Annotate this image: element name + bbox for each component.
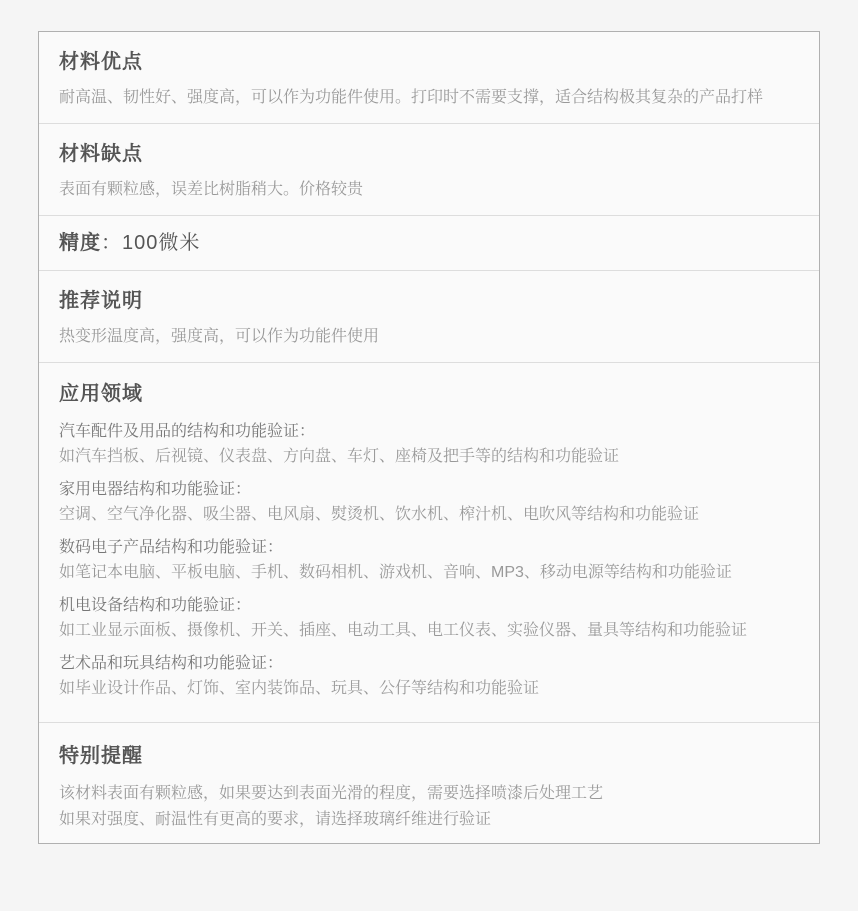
- application-desc: 如汽车挡板、后视镜、仪表盘、方向盘、车灯、座椅及把手等的结构和功能验证: [59, 444, 799, 469]
- application-item-automotive: 汽车配件及用品的结构和功能验证： 如汽车挡板、后视镜、仪表盘、方向盘、车灯、座椅…: [59, 419, 799, 469]
- material-disadvantages-body: 表面有颗粒感，误差比树脂稍大。价格较贵: [59, 178, 799, 202]
- recommendation-heading: 推荐说明: [59, 288, 799, 314]
- application-item-art-toys: 艺术品和玩具结构和功能验证： 如毕业设计作品、灯饰、室内装饰品、玩具、公仔等结构…: [59, 651, 799, 701]
- application-item-home-appliance: 家用电器结构和功能验证： 空调、空气净化器、吸尘器、电风扇、熨烫机、饮水机、榨汁…: [59, 477, 799, 527]
- application-title: 汽车配件及用品的结构和功能验证：: [59, 419, 799, 444]
- application-desc: 空调、空气净化器、吸尘器、电风扇、熨烫机、饮水机、榨汁机、电吹风等结构和功能验证: [59, 502, 799, 527]
- precision-label: 精度: [59, 232, 101, 254]
- special-reminder-heading: 特别提醒: [59, 743, 799, 769]
- special-reminder-line: 该材料表面有颗粒感，如果要达到表面光滑的程度，需要选择喷漆后处理工艺: [59, 781, 799, 807]
- section-precision: 精度：100微米: [39, 216, 819, 271]
- application-desc: 如笔记本电脑、平板电脑、手机、数码相机、游戏机、音响、MP3、移动电源等结构和功…: [59, 560, 799, 585]
- precision-row: 精度：100微米: [59, 230, 799, 256]
- recommendation-body: 热变形温度高，强度高，可以作为功能件使用: [59, 325, 799, 349]
- application-title: 艺术品和玩具结构和功能验证：: [59, 651, 799, 676]
- material-disadvantages-heading: 材料缺点: [59, 141, 799, 167]
- application-desc: 如工业显示面板、摄像机、开关、插座、电动工具、电工仪表、实验仪器、量具等结构和功…: [59, 618, 799, 643]
- applications-heading: 应用领域: [59, 381, 799, 407]
- application-title: 机电设备结构和功能验证：: [59, 593, 799, 618]
- section-material-disadvantages: 材料缺点 表面有颗粒感，误差比树脂稍大。价格较贵: [39, 124, 819, 216]
- section-applications: 应用领域 汽车配件及用品的结构和功能验证： 如汽车挡板、后视镜、仪表盘、方向盘、…: [39, 363, 819, 723]
- material-info-card: 材料优点 耐高温、韧性好、强度高，可以作为功能件使用。打印时不需要支撑，适合结构…: [38, 31, 820, 844]
- section-special-reminder: 特别提醒 该材料表面有颗粒感，如果要达到表面光滑的程度，需要选择喷漆后处理工艺 …: [39, 723, 819, 843]
- application-title: 数码电子产品结构和功能验证：: [59, 535, 799, 560]
- application-item-digital-electronics: 数码电子产品结构和功能验证： 如笔记本电脑、平板电脑、手机、数码相机、游戏机、音…: [59, 535, 799, 585]
- application-title: 家用电器结构和功能验证：: [59, 477, 799, 502]
- material-advantages-body: 耐高温、韧性好、强度高，可以作为功能件使用。打印时不需要支撑，适合结构极其复杂的…: [59, 86, 799, 110]
- special-reminder-line: 如果对强度、耐温性有更高的要求，请选择玻璃纤维进行验证: [59, 807, 799, 833]
- application-item-electromechanical: 机电设备结构和功能验证： 如工业显示面板、摄像机、开关、插座、电动工具、电工仪表…: [59, 593, 799, 643]
- precision-value: 100微米: [122, 232, 200, 254]
- precision-separator: ：: [101, 232, 122, 254]
- section-material-advantages: 材料优点 耐高温、韧性好、强度高，可以作为功能件使用。打印时不需要支撑，适合结构…: [39, 32, 819, 124]
- material-advantages-heading: 材料优点: [59, 49, 799, 75]
- application-desc: 如毕业设计作品、灯饰、室内装饰品、玩具、公仔等结构和功能验证: [59, 676, 799, 701]
- section-recommendation: 推荐说明 热变形温度高，强度高，可以作为功能件使用: [39, 271, 819, 363]
